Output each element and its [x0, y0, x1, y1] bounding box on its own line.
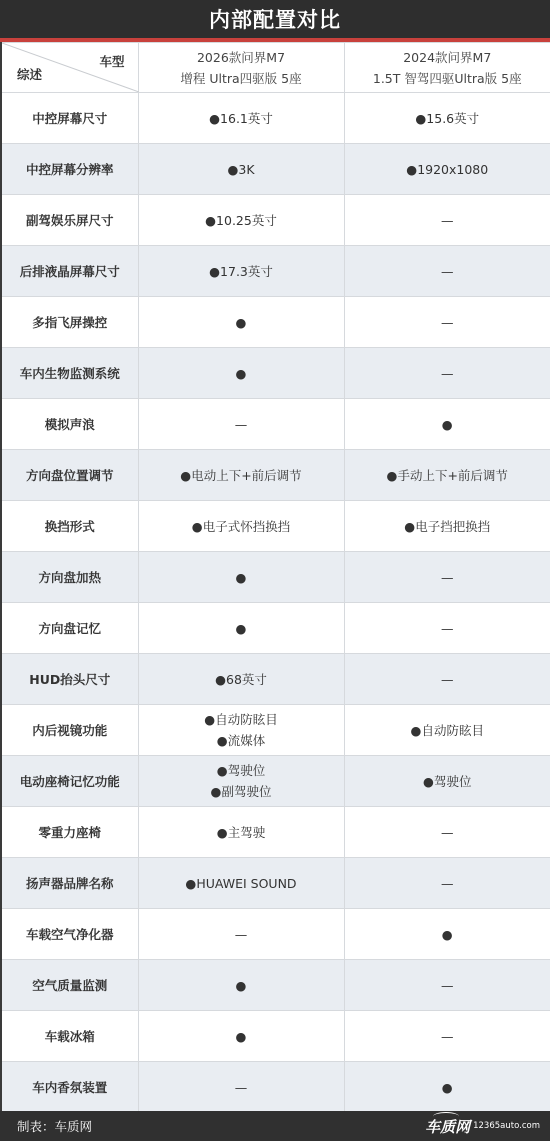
- cell-value: ●: [345, 414, 550, 435]
- value-cell-2026: ●: [138, 348, 344, 399]
- value-cell-2024: ●自动防眩目: [344, 705, 550, 756]
- value-cell-2026: ●68英寸: [138, 654, 344, 705]
- page-title: 内部配置对比: [209, 4, 341, 34]
- row-label: 换挡形式: [1, 501, 138, 552]
- value-cell-2024: —: [344, 348, 550, 399]
- row-label: 中控屏幕分辨率: [1, 144, 138, 195]
- row-label: 内后视镜功能: [1, 705, 138, 756]
- value-cell-2024: —: [344, 1011, 550, 1062]
- cell-value: —: [345, 210, 550, 231]
- row-label: HUD抬头尺寸: [1, 654, 138, 705]
- comparison-table: 车型 综述 2026款问界M7 增程 Ultra四驱版 5座 2024款问界M7…: [0, 42, 550, 1113]
- cell-value: —: [139, 1077, 344, 1098]
- row-label: 中控屏幕尺寸: [1, 93, 138, 144]
- cell-value: ●手动上下+前后调节: [345, 465, 550, 486]
- cell-value: —: [345, 873, 550, 894]
- value-cell-2026: —: [138, 1062, 344, 1113]
- cell-value: ●: [139, 363, 344, 384]
- cell-value: ●副驾驶位: [139, 781, 344, 802]
- cell-value: ●1920x1080: [345, 159, 550, 180]
- cell-value: —: [345, 975, 550, 996]
- table-row: 车内生物监测系统●—: [1, 348, 550, 399]
- value-cell-2024: —: [344, 960, 550, 1011]
- column-header-year-model: 2024款问界M7: [345, 47, 550, 68]
- cell-value: ●15.6英寸: [345, 108, 550, 129]
- credit-text: 制表：车质网: [17, 1117, 92, 1135]
- value-cell-2026: ●电动上下+前后调节: [138, 450, 344, 501]
- table-row: 车内香氛装置—●: [1, 1062, 550, 1113]
- row-label: 空气质量监测: [1, 960, 138, 1011]
- row-label: 方向盘位置调节: [1, 450, 138, 501]
- value-cell-2024: —: [344, 858, 550, 909]
- cell-value: —: [345, 1026, 550, 1047]
- cell-value: ●HUAWEI SOUND: [139, 873, 344, 894]
- value-cell-2026: ●: [138, 1011, 344, 1062]
- row-label: 副驾娱乐屏尺寸: [1, 195, 138, 246]
- cell-value: —: [139, 924, 344, 945]
- cell-value: —: [345, 312, 550, 333]
- cell-value: ●电子式怀挡换挡: [139, 516, 344, 537]
- cell-value: ●自动防眩目: [139, 709, 344, 730]
- value-cell-2024: ●1920x1080: [344, 144, 550, 195]
- value-cell-2024: ●: [344, 909, 550, 960]
- value-cell-2024: —: [344, 807, 550, 858]
- value-cell-2026: ●17.3英寸: [138, 246, 344, 297]
- comparison-page: 内部配置对比 车型 综述 2026款问界M7 增程 Ultra四驱版 5座 20…: [0, 0, 550, 1141]
- table-row: 副驾娱乐屏尺寸●10.25英寸—: [1, 195, 550, 246]
- cell-value: —: [139, 414, 344, 435]
- table-row: 方向盘记忆●—: [1, 603, 550, 654]
- value-cell-2024: —: [344, 552, 550, 603]
- table-row: 换挡形式●电子式怀挡换挡●电子挡把换挡: [1, 501, 550, 552]
- row-label: 车内生物监测系统: [1, 348, 138, 399]
- table-row: 车载空气净化器—●: [1, 909, 550, 960]
- cell-value: ●自动防眩目: [345, 720, 550, 741]
- value-cell-2026: ●10.25英寸: [138, 195, 344, 246]
- table-row: 模拟声浪—●: [1, 399, 550, 450]
- row-label: 后排液晶屏幕尺寸: [1, 246, 138, 297]
- cell-value: —: [345, 618, 550, 639]
- cell-value: ●16.1英寸: [139, 108, 344, 129]
- corner-header-cell: 车型 综述: [1, 43, 138, 93]
- row-label: 扬声器品牌名称: [1, 858, 138, 909]
- logo-mark: 车质网: [425, 1116, 470, 1137]
- column-header-trim: 1.5T 智驾四驱Ultra版 5座: [345, 68, 550, 89]
- site-logo: 车质网 12365auto.com: [425, 1116, 540, 1137]
- table-row: 后排液晶屏幕尺寸●17.3英寸—: [1, 246, 550, 297]
- row-label: 车内香氛装置: [1, 1062, 138, 1113]
- table-row: 空气质量监测●—: [1, 960, 550, 1011]
- value-cell-2024: —: [344, 246, 550, 297]
- value-cell-2026: —: [138, 399, 344, 450]
- value-cell-2024: —: [344, 603, 550, 654]
- cell-value: ●电动上下+前后调节: [139, 465, 344, 486]
- value-cell-2026: ●HUAWEI SOUND: [138, 858, 344, 909]
- value-cell-2024: ●: [344, 1062, 550, 1113]
- table-row: 扬声器品牌名称●HUAWEI SOUND—: [1, 858, 550, 909]
- value-cell-2026: ●16.1英寸: [138, 93, 344, 144]
- cell-value: ●17.3英寸: [139, 261, 344, 282]
- cell-value: ●68英寸: [139, 669, 344, 690]
- value-cell-2026: ●: [138, 603, 344, 654]
- cell-value: ●10.25英寸: [139, 210, 344, 231]
- table-row: 中控屏幕尺寸●16.1英寸●15.6英寸: [1, 93, 550, 144]
- cell-value: —: [345, 261, 550, 282]
- value-cell-2026: ●自动防眩目●流媒体: [138, 705, 344, 756]
- cell-value: ●: [139, 1026, 344, 1047]
- value-cell-2024: ●驾驶位: [344, 756, 550, 807]
- column-header-2026: 2026款问界M7 增程 Ultra四驱版 5座: [138, 43, 344, 93]
- value-cell-2024: —: [344, 297, 550, 348]
- cell-value: ●驾驶位: [345, 771, 550, 792]
- cell-value: ●主驾驶: [139, 822, 344, 843]
- table-row: 中控屏幕分辨率●3K●1920x1080: [1, 144, 550, 195]
- cell-value: ●驾驶位: [139, 760, 344, 781]
- value-cell-2024: ●15.6英寸: [344, 93, 550, 144]
- logo-domain: 12365auto.com: [473, 1121, 540, 1131]
- value-cell-2026: ●: [138, 552, 344, 603]
- row-label: 多指飞屏操控: [1, 297, 138, 348]
- row-label: 零重力座椅: [1, 807, 138, 858]
- table-row: 电动座椅记忆功能●驾驶位●副驾驶位●驾驶位: [1, 756, 550, 807]
- value-cell-2026: ●3K: [138, 144, 344, 195]
- value-cell-2024: ●电子挡把换挡: [344, 501, 550, 552]
- value-cell-2026: ●驾驶位●副驾驶位: [138, 756, 344, 807]
- value-cell-2026: —: [138, 909, 344, 960]
- value-cell-2026: ●电子式怀挡换挡: [138, 501, 344, 552]
- value-cell-2024: —: [344, 654, 550, 705]
- row-label: 车载冰箱: [1, 1011, 138, 1062]
- table-row: 方向盘位置调节●电动上下+前后调节●手动上下+前后调节: [1, 450, 550, 501]
- cell-value: ●电子挡把换挡: [345, 516, 550, 537]
- value-cell-2024: ●: [344, 399, 550, 450]
- cell-value: ●: [139, 618, 344, 639]
- row-label: 车载空气净化器: [1, 909, 138, 960]
- cell-value: —: [345, 567, 550, 588]
- overview-axis-label: 综述: [17, 64, 42, 85]
- table-row: 零重力座椅●主驾驶—: [1, 807, 550, 858]
- cell-value: ●: [345, 924, 550, 945]
- column-header-trim: 增程 Ultra四驱版 5座: [139, 68, 344, 89]
- column-header-2024: 2024款问界M7 1.5T 智驾四驱Ultra版 5座: [344, 43, 550, 93]
- table-header-row: 车型 综述 2026款问界M7 增程 Ultra四驱版 5座 2024款问界M7…: [1, 43, 550, 93]
- table-row: 多指飞屏操控●—: [1, 297, 550, 348]
- footer-bar: 制表：车质网 车质网 12365auto.com: [0, 1111, 550, 1141]
- row-label: 电动座椅记忆功能: [1, 756, 138, 807]
- cell-value: ●流媒体: [139, 730, 344, 751]
- row-label: 方向盘记忆: [1, 603, 138, 654]
- cell-value: —: [345, 822, 550, 843]
- value-cell-2024: ●手动上下+前后调节: [344, 450, 550, 501]
- cell-value: —: [345, 669, 550, 690]
- table-row: 方向盘加热●—: [1, 552, 550, 603]
- row-label: 模拟声浪: [1, 399, 138, 450]
- value-cell-2026: ●主驾驶: [138, 807, 344, 858]
- value-cell-2026: ●: [138, 960, 344, 1011]
- cell-value: —: [345, 363, 550, 384]
- table-row: 车载冰箱●—: [1, 1011, 550, 1062]
- table-row: 内后视镜功能●自动防眩目●流媒体●自动防眩目: [1, 705, 550, 756]
- row-label: 方向盘加热: [1, 552, 138, 603]
- cell-value: ●3K: [139, 159, 344, 180]
- cell-value: ●: [139, 312, 344, 333]
- cell-value: ●: [139, 975, 344, 996]
- column-header-year-model: 2026款问界M7: [139, 47, 344, 68]
- table-row: HUD抬头尺寸●68英寸—: [1, 654, 550, 705]
- model-axis-label: 车型: [99, 51, 124, 72]
- value-cell-2024: —: [344, 195, 550, 246]
- cell-value: ●: [139, 567, 344, 588]
- cell-value: ●: [345, 1077, 550, 1098]
- value-cell-2026: ●: [138, 297, 344, 348]
- title-bar: 内部配置对比: [0, 0, 550, 38]
